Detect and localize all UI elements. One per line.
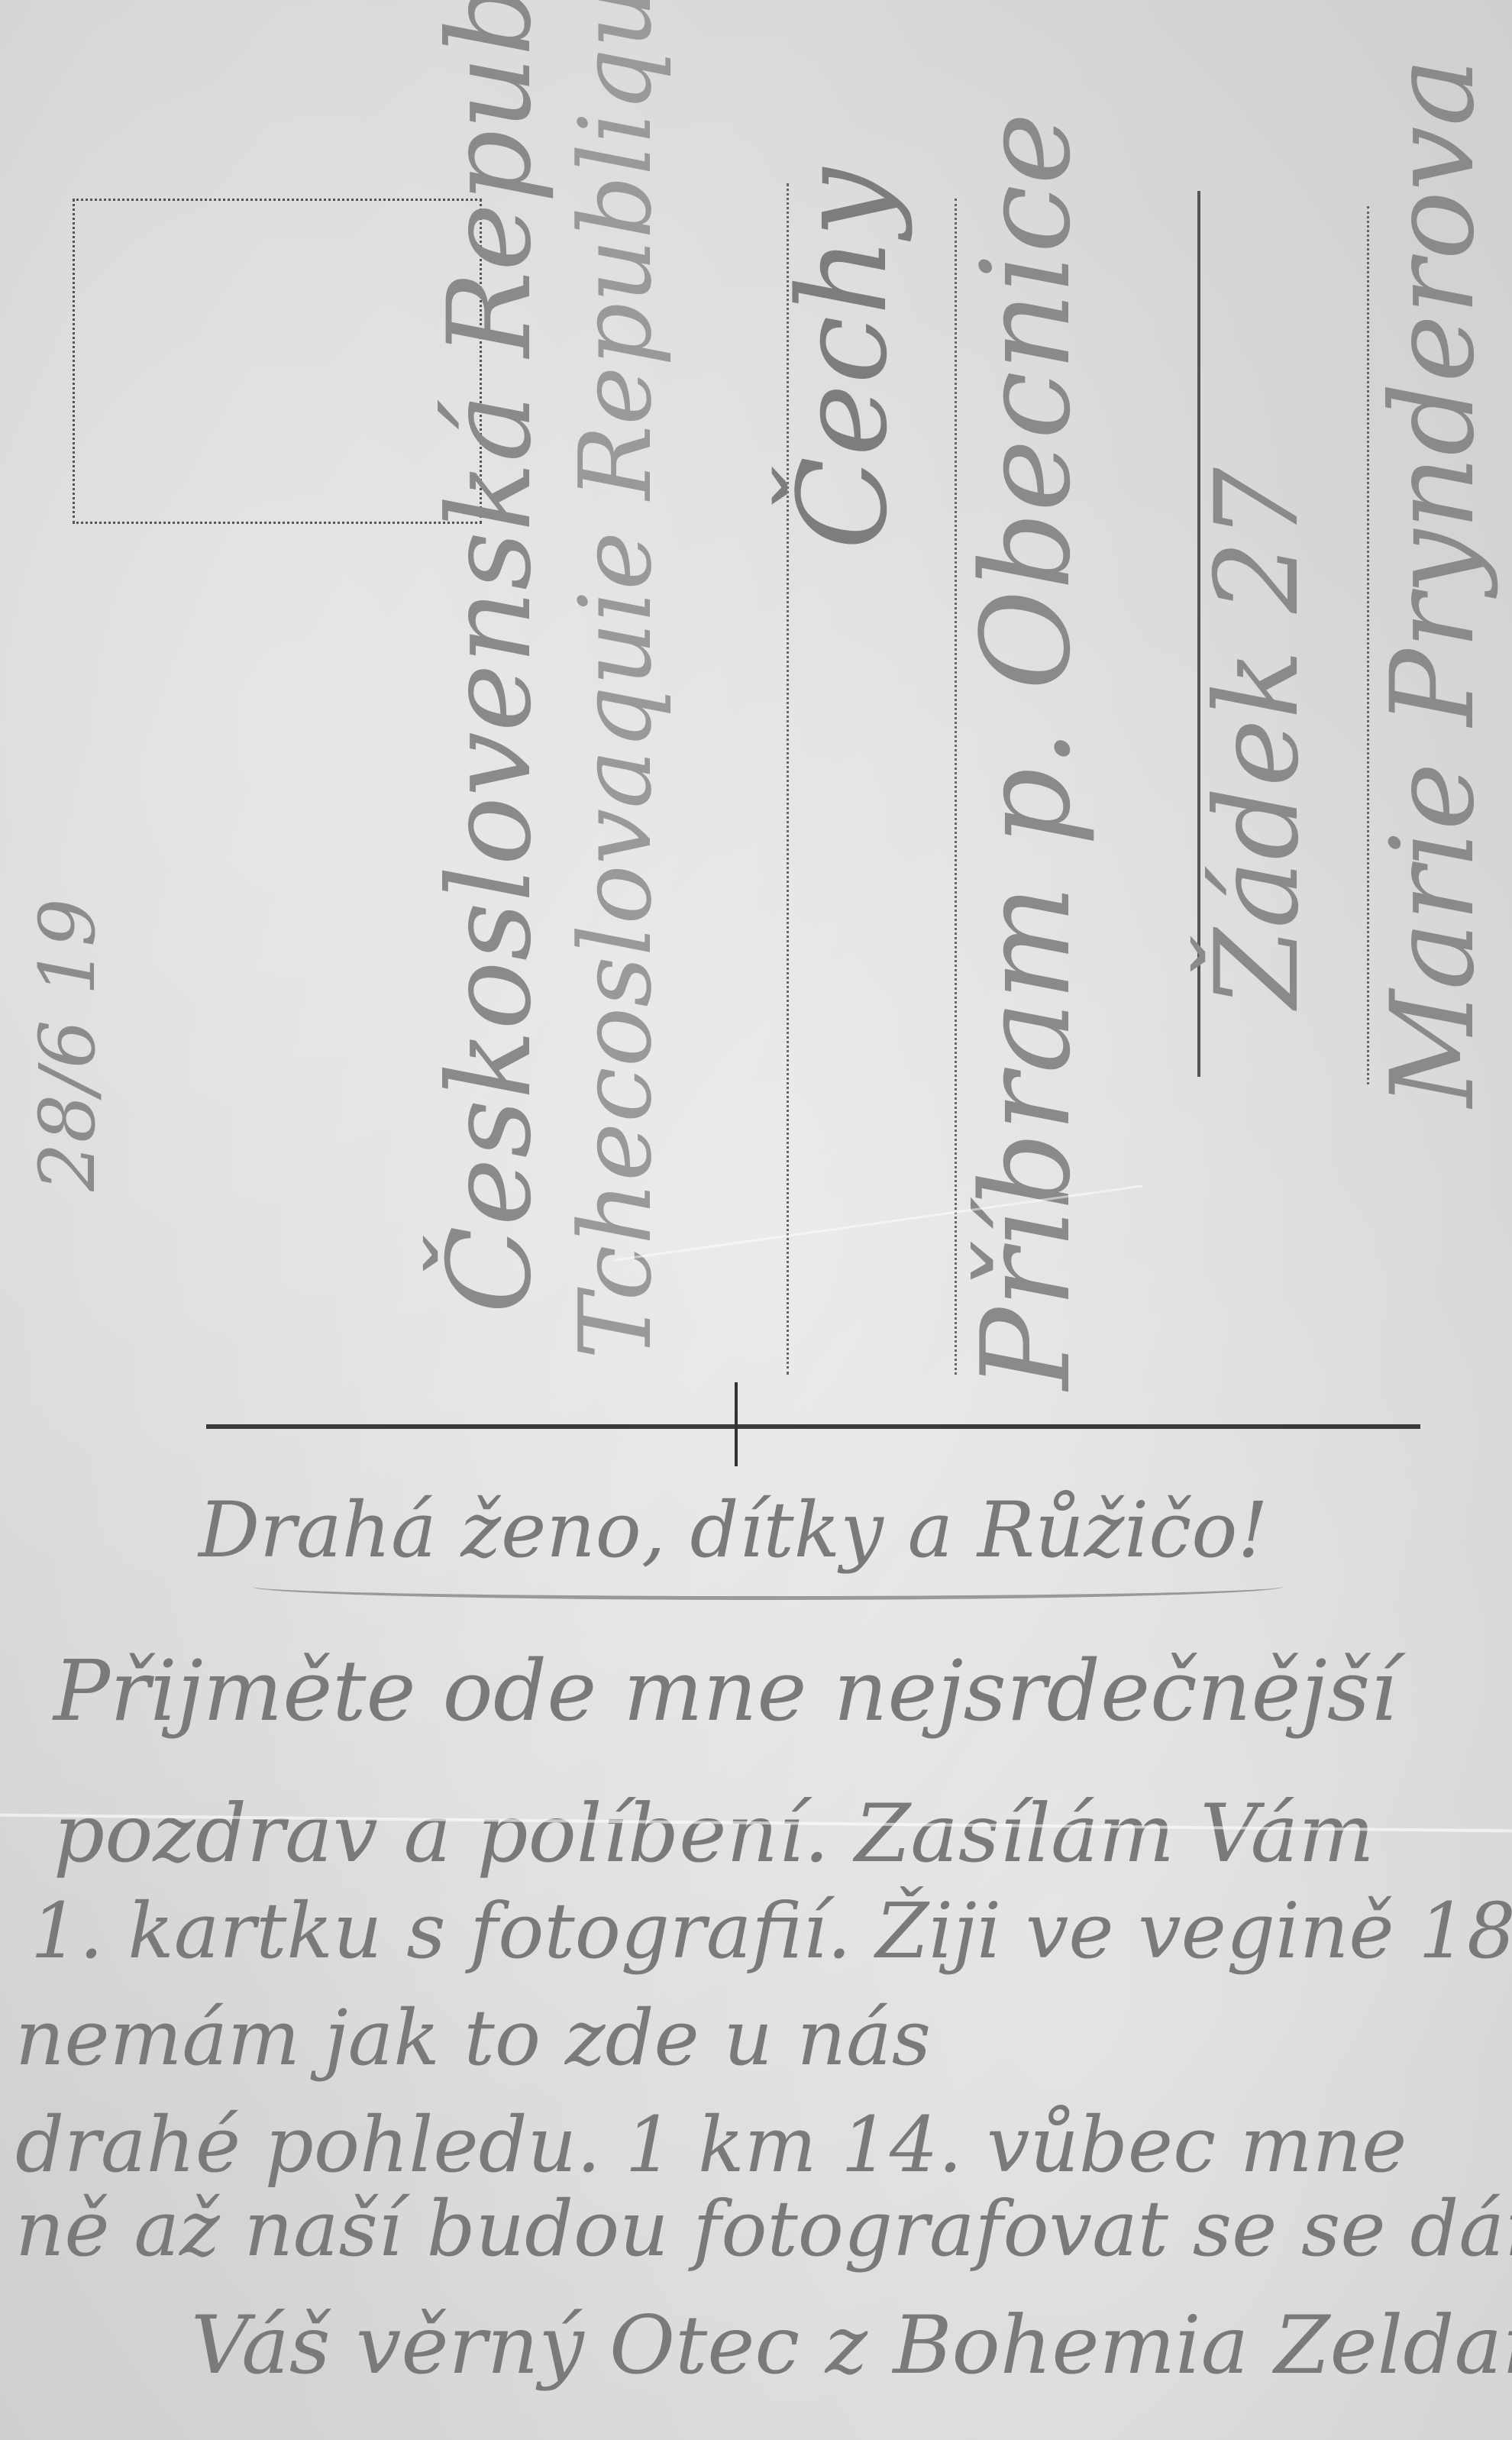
message-line: ně až naší budou fotografovat se se dám <box>15 2184 1512 2274</box>
section-divider <box>206 1424 1420 1429</box>
date-written: 28/6 19 <box>23 898 112 1191</box>
message-line: Přijměte ode mne nejsrdečnější <box>53 1642 1397 1740</box>
address-street: Žádek 27 <box>1191 467 1324 1008</box>
greeting-underline <box>252 1573 1283 1600</box>
divider-tick <box>735 1382 738 1466</box>
message-line: 1. kartku s fotografií. Žiji ve vegině 1… <box>31 1886 1512 1976</box>
message-line: drahé pohledu. 1 km 14. vůbec mne <box>15 2100 1407 2190</box>
address-town: Příbram p. Obecnice <box>955 112 1097 1390</box>
address-country-french: Tchecoslovaquie Republique <box>557 0 674 1359</box>
address-region: Čechy <box>771 168 914 550</box>
message-line: pozdrav a políbení. Zasílám Vám <box>53 1787 1375 1880</box>
message-signature: Váš věrný Otec z Bohemia Zeldam <box>191 2299 1512 2392</box>
message-line: nemám jak to zde u nás <box>15 1993 931 2083</box>
address-country-czech: Československá Republika <box>424 0 557 1314</box>
message-greeting: Drahá ženo, dítky a Růžičo! <box>199 1485 1268 1575</box>
address-recipient: Marie Prynderova <box>1367 58 1500 1107</box>
stamp-placeholder-box <box>73 199 482 524</box>
